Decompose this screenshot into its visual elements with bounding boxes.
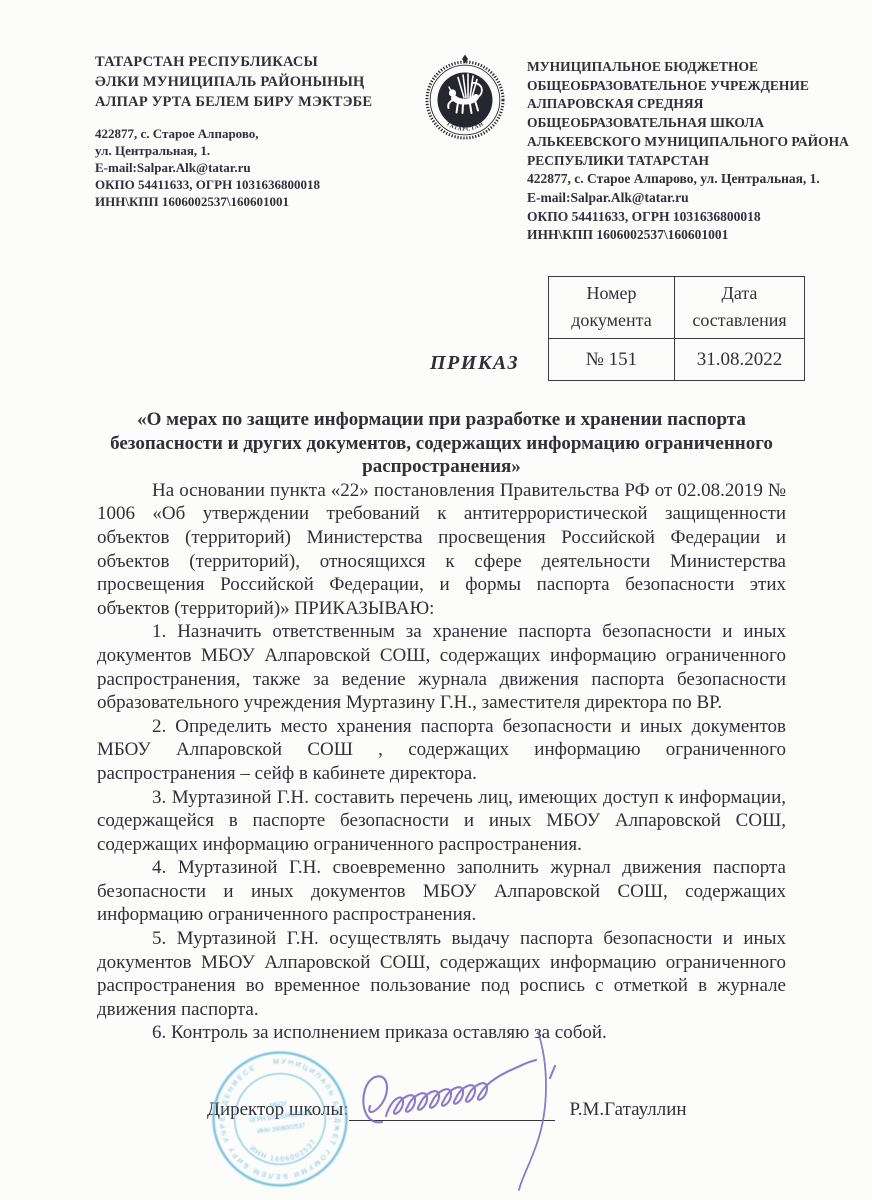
- table-header-number: Номер документа: [549, 277, 675, 339]
- signature-label: Директор школы:: [207, 1099, 349, 1121]
- email-line: E-mail:Salpar.Alk@tatar.ru: [527, 189, 868, 208]
- address-line: ул. Центральная, 1.: [95, 142, 430, 159]
- signature-row: Директор школы: Р.М.Гатауллин: [207, 1094, 687, 1121]
- org-name-line: ОБЩЕОБРАЗОВАТЕЛЬНАЯ ШКОЛА: [527, 114, 868, 133]
- order-body: «О мерах по защите информации при разраб…: [97, 408, 786, 1045]
- letterhead-right-block: МУНИЦИПАЛЬНОЕ БЮДЖЕТНОЕ ОБЩЕОБРАЗОВАТЕЛЬ…: [527, 58, 868, 245]
- address-line: 422877, с. Старое Алпарово,: [95, 125, 430, 142]
- letterhead-left-block: ТАТАРСТАН РЕСПУБЛИКАСЫ ӘЛКИ МУНИЦИПАЛЬ Р…: [95, 52, 430, 210]
- order-subject: «О мерах по защите информации при разраб…: [97, 408, 786, 479]
- org-name-line: АЛЬКЕЕВСКОГО МУНИЦИПАЛЬНОГО РАЙОНА: [527, 133, 868, 152]
- tatarstan-emblem-icon: ТАТАРСТАН: [423, 54, 507, 142]
- inn-kpp-line: ИНН\КПП 1606002537\160601001: [527, 226, 868, 245]
- order-document-page: ТАТАРСТАН РЕСПУБЛИКАСЫ ӘЛКИ МУНИЦИПАЛЬ Р…: [0, 0, 872, 1200]
- order-item: 6. Контроль за исполнением приказа остав…: [97, 1021, 786, 1045]
- order-item: 4. Муртазиной Г.Н. своевременно заполнит…: [97, 856, 786, 927]
- org-name-tatar-line: ТАТАРСТАН РЕСПУБЛИКАСЫ: [95, 52, 430, 72]
- order-number-value: № 151: [549, 339, 675, 381]
- okpo-ogrn-line: ОКПО 54411633, ОГРН 1031636800018: [95, 176, 430, 193]
- inn-kpp-line: ИНН\КПП 1606002537\160601001: [95, 193, 430, 210]
- order-item: 5. Муртазиной Г.Н. осуществлять выдачу п…: [97, 927, 786, 1021]
- order-date-value: 31.08.2022: [675, 339, 805, 381]
- org-name-line: ОБЩЕОБРАЗОВАТЕЛЬНОЕ УЧРЕЖДЕНИЕ: [527, 77, 868, 96]
- okpo-ogrn-line: ОКПО 54411633, ОГРН 1031636800018: [527, 208, 868, 227]
- table-header-date: Дата составления: [675, 277, 805, 339]
- org-name-tatar-line: АЛПАР УРТА БЕЛЕМ БИРУ МЭКТЭБЕ: [95, 92, 430, 112]
- document-info-table: Номер документа Дата составления № 151 3…: [548, 276, 805, 381]
- signature-name: Р.М.Гатауллин: [570, 1099, 687, 1121]
- signature-line: [349, 1094, 555, 1121]
- order-heading: ПРИКАЗ: [430, 352, 519, 375]
- order-item: 1. Назначить ответственным за хранение п…: [97, 620, 786, 714]
- org-name-tatar-line: ӘЛКИ МУНИЦИПАЛЬ РАЙОНЫНЫҢ: [95, 72, 430, 92]
- org-name-line: АЛПАРОВСКАЯ СРЕДНЯЯ: [527, 95, 868, 114]
- stamp-center-line: ИНН 1606002537: [257, 1124, 306, 1136]
- stamp-inn-text: ИНН 1606002537: [248, 1137, 321, 1167]
- order-preamble: На основании пункта «22» постановления П…: [97, 479, 786, 621]
- email-line: E-mail:Salpar.Alk@tatar.ru: [95, 159, 430, 176]
- order-item: 3. Муртазиной Г.Н. составить перечень ли…: [97, 786, 786, 857]
- address-line: 422877, с. Старое Алпарово, ул. Централь…: [527, 170, 868, 189]
- org-name-line: МУНИЦИПАЛЬНОЕ БЮДЖЕТНОЕ: [527, 58, 868, 77]
- org-name-line: РЕСПУБЛИКИ ТАТАРСТАН: [527, 152, 868, 171]
- emblem-svg: ТАТАРСТАН: [423, 54, 507, 142]
- order-item: 2. Определить место хранения паспорта бе…: [97, 715, 786, 786]
- svg-text:ИНН 1606002537: ИНН 1606002537: [248, 1137, 321, 1167]
- org-details-left: 422877, с. Старое Алпарово, ул. Централь…: [95, 125, 430, 210]
